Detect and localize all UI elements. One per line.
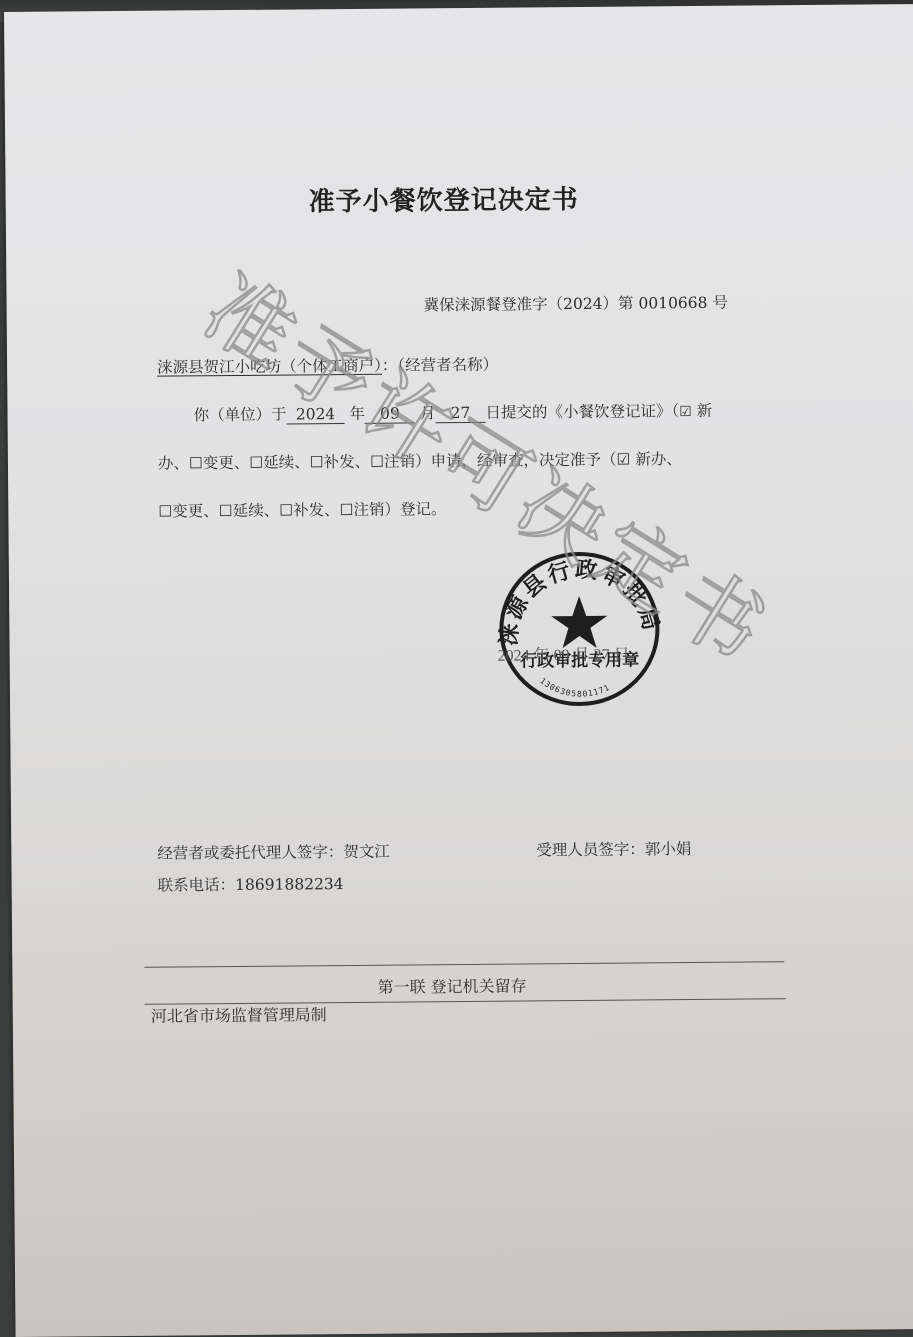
document-number: 冀保涞源餐登准字（2024）第 0010668 号 [423,291,728,316]
intro-text: 你（单位）于 [193,406,286,425]
document-page: 准予小餐饮登记决定书 冀保涞源餐登准字（2024）第 0010668 号 涞源县… [4,4,913,1337]
addressee-line: 涞源县贺江小吃坊（个体工商户）：（经营者名称） [157,353,498,378]
svg-text:1306305801171: 1306305801171 [538,676,612,699]
operator-signature-label: 经营者或委托代理人签字： [157,843,343,863]
contact-phone: 联系电话：18691882234 [158,872,344,896]
copy-label: 第一联 登记机关留存 [377,973,526,997]
operator-signature-name: 贺文江 [343,843,390,861]
footer-rule-top [144,961,784,968]
decision-date: 2024 年 09 月 27 日 [498,642,630,666]
document-title: 准予小餐饮登记决定书 [308,179,578,218]
handler-signature-label: 受理人员签字： [536,840,645,859]
seal-code-text: 1306305801171 [538,676,612,699]
phone-label: 联系电话： [158,876,236,895]
operator-name-suffix: ：（经营者名称） [382,356,498,375]
official-seal-icon: 涞源县行政审批局 行政审批专用章 1306305801171 [497,549,662,708]
handler-signature: 受理人员签字：郭小娟 [536,837,691,860]
handler-signature-name: 郭小娟 [645,840,692,858]
issuer-label: 河北省市场监督管理局制 [151,1002,327,1027]
new-label: 新 [692,402,713,420]
day-label: 日提交的《小餐饮登记证》（ [485,402,679,422]
approval-types-line: ☐变更、☐延续、☐补发、☐注销）登记。 [158,497,446,522]
operator-name: 涞源县贺江小吃坊（个体工商户） [157,357,382,377]
month-label: 月 [420,404,436,422]
year-field: 2024 [286,405,344,425]
phone-number: 18691882234 [235,875,344,894]
operator-signature: 经营者或委托代理人签字：贺文江 [157,840,390,864]
application-types-line: 办、☐变更、☐延续、☐补发、☐注销）申请，经审查，决定准予（☑ 新办、 [158,447,682,474]
year-label: 年 [349,405,365,423]
checkbox-new-submitted-icon: ☑ [679,404,692,420]
day-field: 27 [435,404,485,423]
month-field: 09 [365,404,415,423]
submission-line: 你（单位）于2024 年09 月27日提交的《小餐饮登记证》（☑ 新 [193,399,712,426]
